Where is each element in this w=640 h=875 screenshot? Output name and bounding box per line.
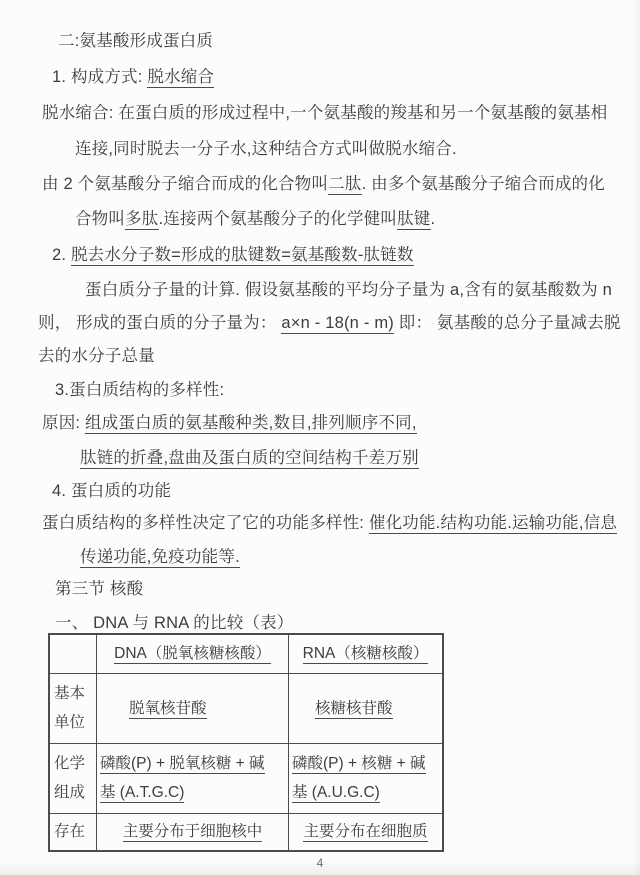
text-line: 传递功能,免疫功能等. [80,546,240,568]
table-cell [50,635,96,673]
table-cell: 脱氧核苷酸 [96,674,288,743]
text-line: 合物叫多肽.连接两个氨基酸分子的化学健叫肽键. [75,208,435,230]
table-row: DNA（脱氧核糖核酸）RNA（核糖核酸） [50,635,442,673]
underlined-text: 基 (A.T.G.C) [100,784,184,803]
plain-text: 原因: [42,414,85,432]
plain-text: .连接两个氨基酸分子的化学健叫 [159,210,398,228]
underlined-text: 传递功能,免疫功能等. [80,548,240,568]
table-cell: DNA（脱氧核糖核酸） [96,635,288,673]
underlined-text: 核糖核苷酸 [315,700,393,719]
underlined-text: 脱氧核苷酸 [129,700,207,719]
plain-text: 合物叫 [75,210,125,228]
plain-text: 则， 形成的蛋白质的分子量为： [38,314,281,332]
plain-text: 化学 [54,755,85,772]
underlined-text: 磷酸(P) + 脱氧核糖 + 碱 [100,755,265,774]
plain-text: 蛋白质结构的多样性决定了它的功能多样性: [42,514,369,532]
underlined-text: 脱水缩合 [147,68,214,88]
plain-text: 由 2 个氨基酸分子缩合而成的化合物叫 [42,175,328,193]
plain-text: 组成 [54,784,85,801]
underlined-text: 磷酸(P) + 核糖 + 碱 [292,755,426,774]
text-line: 第三节 核酸 [55,578,143,600]
plain-text: 即： 氨基酸的总分子量减去脱 [394,314,621,332]
underlined-text: 二肽 [328,175,361,195]
plain-text: 3.蛋白质结构的多样性: [55,381,224,399]
table-cell: 化学组成 [50,744,96,813]
underlined-text: DNA（脱氧核糖核酸） [114,645,271,664]
plain-text: 第三节 核酸 [55,580,143,598]
table-cell: 磷酸(P) + 核糖 + 碱基 (A.U.G.C) [288,744,442,813]
dna-rna-comparison-table: DNA（脱氧核糖核酸）RNA（核糖核酸）基本单位脱氧核苷酸核糖核苷酸化学组成磷酸… [48,633,444,852]
text-line: 4. 蛋白质的功能 [52,480,171,502]
underlined-text: 肽键 [397,210,430,230]
table-cell: 磷酸(P) + 脱氧核糖 + 碱基 (A.T.G.C) [96,744,288,813]
plain-text: 单位 [54,714,85,731]
plain-text: 连接,同时脱去一分子水,这种结合方式叫做脱水缩合. [75,140,457,158]
text-line: 1. 构成方式: 脱水缩合 [52,66,214,88]
table-cell: 主要分布于细胞核中 [96,814,288,850]
plain-text: . 由多个氨基酸分子缩合而成的化 [362,175,605,193]
text-line: 原因: 组成蛋白质的氨基酸种类,数目,排列顺序不同, [42,412,417,434]
text-line: 由 2 个氨基酸分子缩合而成的化合物叫二肽. 由多个氨基酸分子缩合而成的化 [42,173,605,195]
table-row: 基本单位脱氧核苷酸核糖核苷酸 [50,673,442,743]
plain-text: 1. 构成方式: [52,68,147,86]
underlined-text: 脱去水分子数=形成的肽键数=氨基酸数-肽链数 [71,246,414,266]
text-line: 2. 脱去水分子数=形成的肽键数=氨基酸数-肽链数 [52,244,414,266]
text-line: 连接,同时脱去一分子水,这种结合方式叫做脱水缩合. [75,138,457,160]
underlined-text: 组成蛋白质的氨基酸种类,数目,排列顺序不同, [85,414,417,434]
table-row: 存在主要分布于细胞核中主要分布在细胞质 [50,813,442,850]
underlined-text: 多肽 [125,210,158,230]
table-row: 化学组成磷酸(P) + 脱氧核糖 + 碱基 (A.T.G.C) 磷酸(P) + … [50,743,442,813]
underlined-text: a×n - 18(n - m) [281,314,394,334]
table-cell: 核糖核苷酸 [288,674,442,743]
plain-text: 基本 [54,685,85,702]
text-line: 则， 形成的蛋白质的分子量为： a×n - 18(n - m) 即： 氨基酸的总… [38,312,621,334]
underlined-text: 肽链的折叠,盘曲及蛋白质的空间结构千差万别 [80,449,419,469]
table-cell: 主要分布在细胞质 [288,814,442,850]
plain-text: 二:氨基酸形成蛋白质 [58,32,213,50]
plain-text: 去的水分子总量 [38,347,155,365]
text-line: 脱水缩合: 在蛋白质的形成过程中,一个氨基酸的羧基和另一个氨基酸的氨基相 [42,102,607,124]
text-line: 二:氨基酸形成蛋白质 [58,30,213,52]
plain-text: 存在 [54,823,85,840]
plain-text: . [431,210,436,228]
text-line: 蛋白质结构的多样性决定了它的功能多样性: 催化功能.结构功能.运输功能,信息 [42,512,617,534]
table-cell: RNA（核糖核酸） [288,635,442,673]
plain-text: 一、 DNA 与 RNA 的比较（表） [55,614,294,632]
underlined-text: RNA（核糖核酸） [303,645,429,664]
page-number: 4 [0,856,640,870]
document-page: 二:氨基酸形成蛋白质1. 构成方式: 脱水缩合脱水缩合: 在蛋白质的形成过程中,… [0,0,640,875]
table-cell: 基本单位 [50,674,96,743]
plain-text: 蛋白质分子量的计算. 假设氨基酸的平均分子量为 a,含有的氨基酸数为 n [85,281,612,299]
text-line: 蛋白质分子量的计算. 假设氨基酸的平均分子量为 a,含有的氨基酸数为 n [85,279,612,301]
underlined-text: 基 (A.U.G.C) [292,784,380,803]
text-line: 肽链的折叠,盘曲及蛋白质的空间结构千差万别 [80,447,419,469]
text-line: 一、 DNA 与 RNA 的比较（表） [55,612,294,634]
plain-text: 脱水缩合: 在蛋白质的形成过程中,一个氨基酸的羧基和另一个氨基酸的氨基相 [42,104,607,122]
underlined-text: 主要分布在细胞质 [303,823,427,842]
underlined-text: 主要分布于细胞核中 [123,823,263,842]
text-line: 去的水分子总量 [38,345,155,367]
underlined-text: 催化功能.结构功能.运输功能,信息 [369,514,617,534]
plain-text: 2. [52,246,71,264]
photo-edge-right-shading [632,0,640,875]
plain-text: 4. 蛋白质的功能 [52,482,171,500]
table-cell: 存在 [50,814,96,850]
text-line: 3.蛋白质结构的多样性: [55,379,224,401]
